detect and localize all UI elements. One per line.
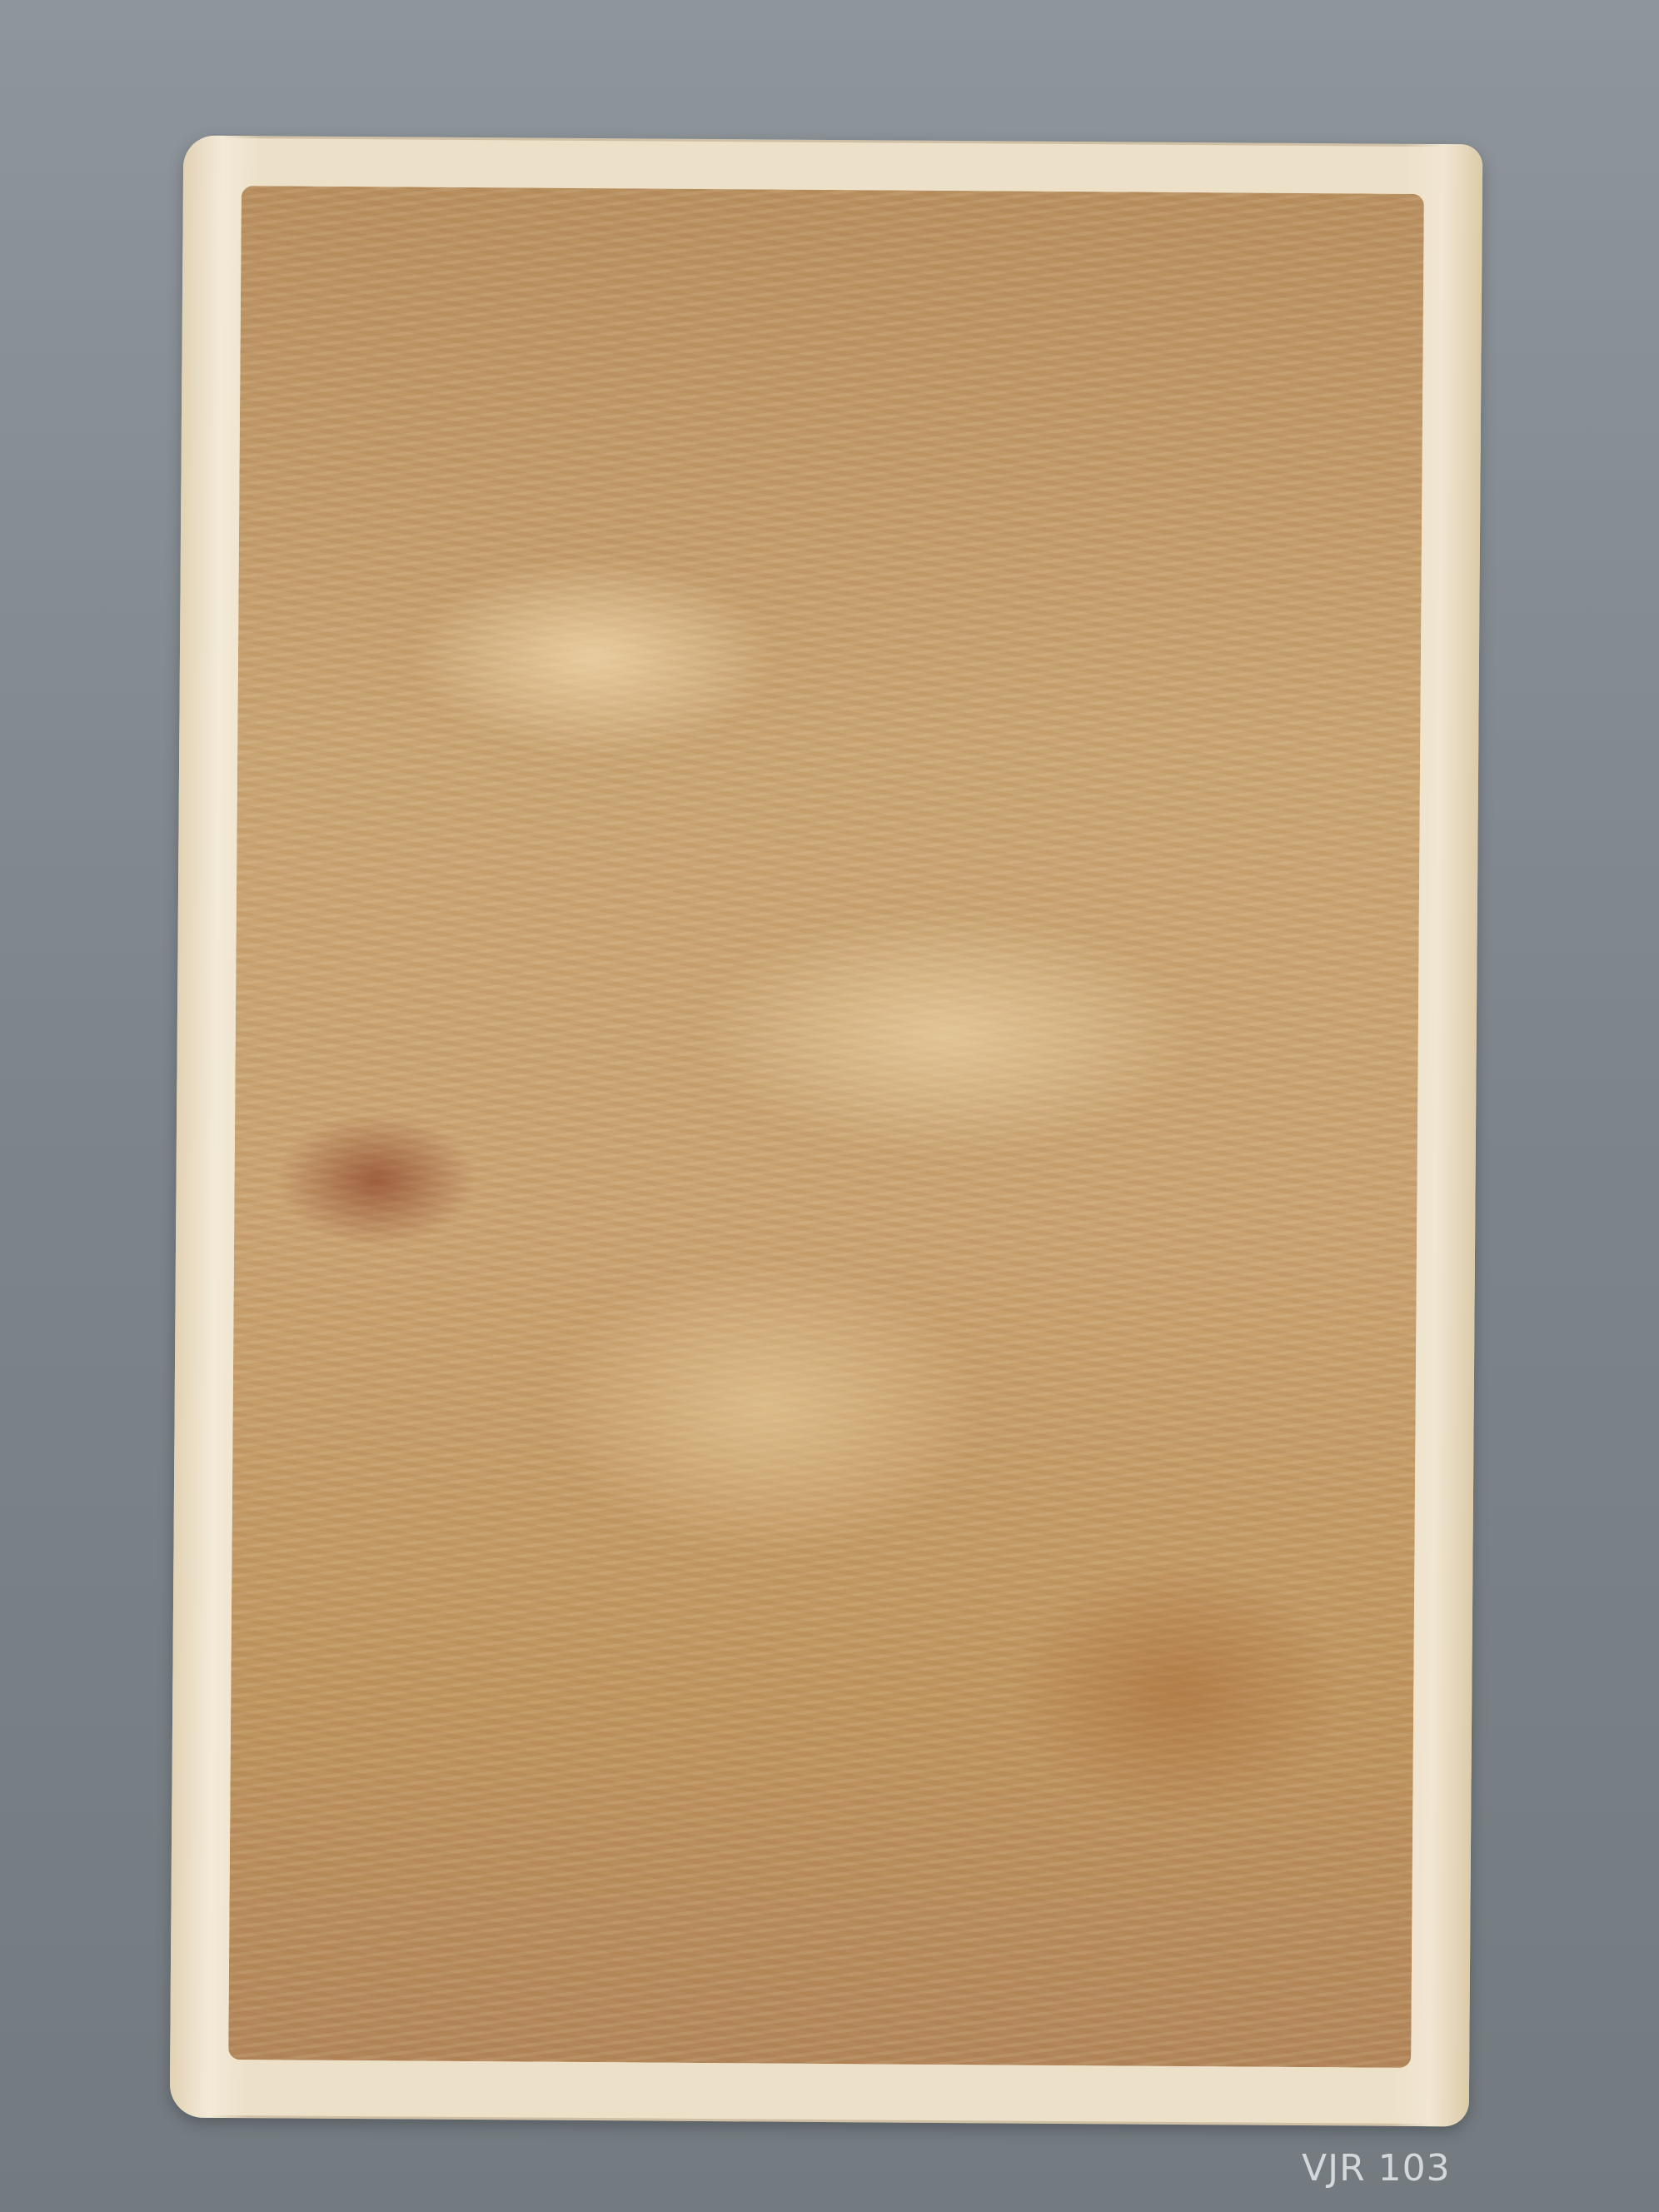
- amulet-face-texture: [228, 186, 1424, 2068]
- amulet-object: [170, 136, 1483, 2127]
- catalog-label: VJR 103: [1302, 2147, 1451, 2190]
